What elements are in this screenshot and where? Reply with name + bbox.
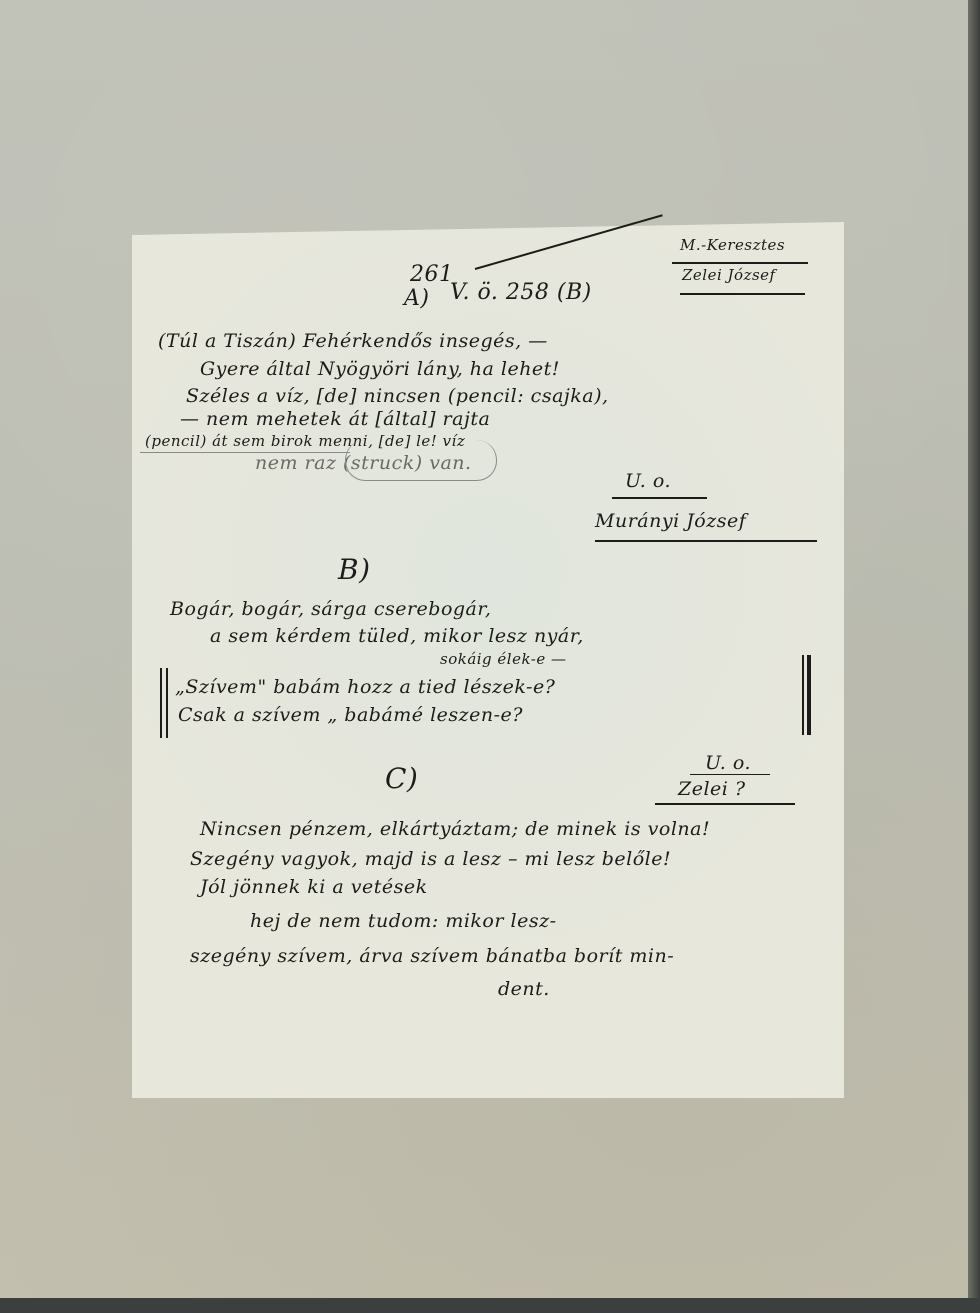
section-c-signature: Zelei ? (678, 778, 746, 800)
location: M.-Keresztes (680, 236, 785, 254)
collector-underline (680, 293, 805, 295)
repeat-bar-right-2 (807, 655, 811, 735)
section-c-place: U. o. (705, 752, 751, 774)
section-b-label: B) (338, 553, 371, 586)
variant-label-a: A) (404, 286, 429, 311)
section-c-line-6: dent. (498, 978, 550, 1000)
repeat-bar-left-1 (160, 668, 162, 738)
section-a-place: U. o. (625, 470, 671, 492)
section-b-line-1: Bogár, bogár, sárga cserebogár, (170, 598, 491, 620)
section-c-line-5: szegény szívem, árva szívem bánatba borí… (190, 945, 674, 967)
section-a-line-2: Gyere által Nyögyöri lány, ha lehet! (200, 358, 560, 380)
section-a-signature-underline (595, 540, 817, 542)
section-a-signature: Murányi József (595, 510, 746, 532)
cross-reference: V. ö. 258 (B) (450, 280, 592, 305)
section-b-line-2: a sem kérdem tüled, mikor lesz nyár, (210, 625, 584, 647)
scanner-edge-right (968, 0, 980, 1313)
scanner-edge-bottom (0, 1298, 980, 1313)
section-b-line-5: Csak a szívem „ babámé leszen-e? (178, 704, 523, 726)
song-number: 261 (410, 262, 454, 287)
section-c-label: C) (385, 762, 418, 795)
section-c-line-3: Jól jönnek ki a vetések (200, 876, 428, 898)
section-a-line-4: — nem mehetek át [által] rajta (180, 408, 490, 430)
location-underline (672, 262, 808, 264)
collector-name: Zelei József (682, 266, 776, 284)
section-c-line-2: Szegény vagyok, majd is a lesz – mi lesz… (190, 848, 671, 870)
section-c-line-1: Nincsen pénzem, elkártyáztam; de minek i… (200, 818, 710, 840)
section-b-line-3: sokáig élek-e — (440, 650, 567, 668)
section-c-line-4: hej de nem tudom: mikor lesz- (250, 910, 557, 932)
pencil-loop (345, 440, 497, 481)
section-c-signature-underline (655, 803, 795, 805)
repeat-bar-right-1 (802, 655, 804, 735)
section-a-line-1: (Túl a Tiszán) Fehérkendős insegés, — (158, 330, 548, 352)
repeat-bar-left-2 (166, 668, 168, 738)
section-a-line-3: Széles a víz, [de] nincsen (pencil: csaj… (186, 385, 609, 407)
pencil-stroke (140, 452, 350, 453)
section-b-line-4: „Szívem" babám hozz a tied lészek-e? (175, 676, 555, 698)
section-a-place-underline (612, 497, 707, 499)
section-c-place-underline (690, 774, 770, 775)
